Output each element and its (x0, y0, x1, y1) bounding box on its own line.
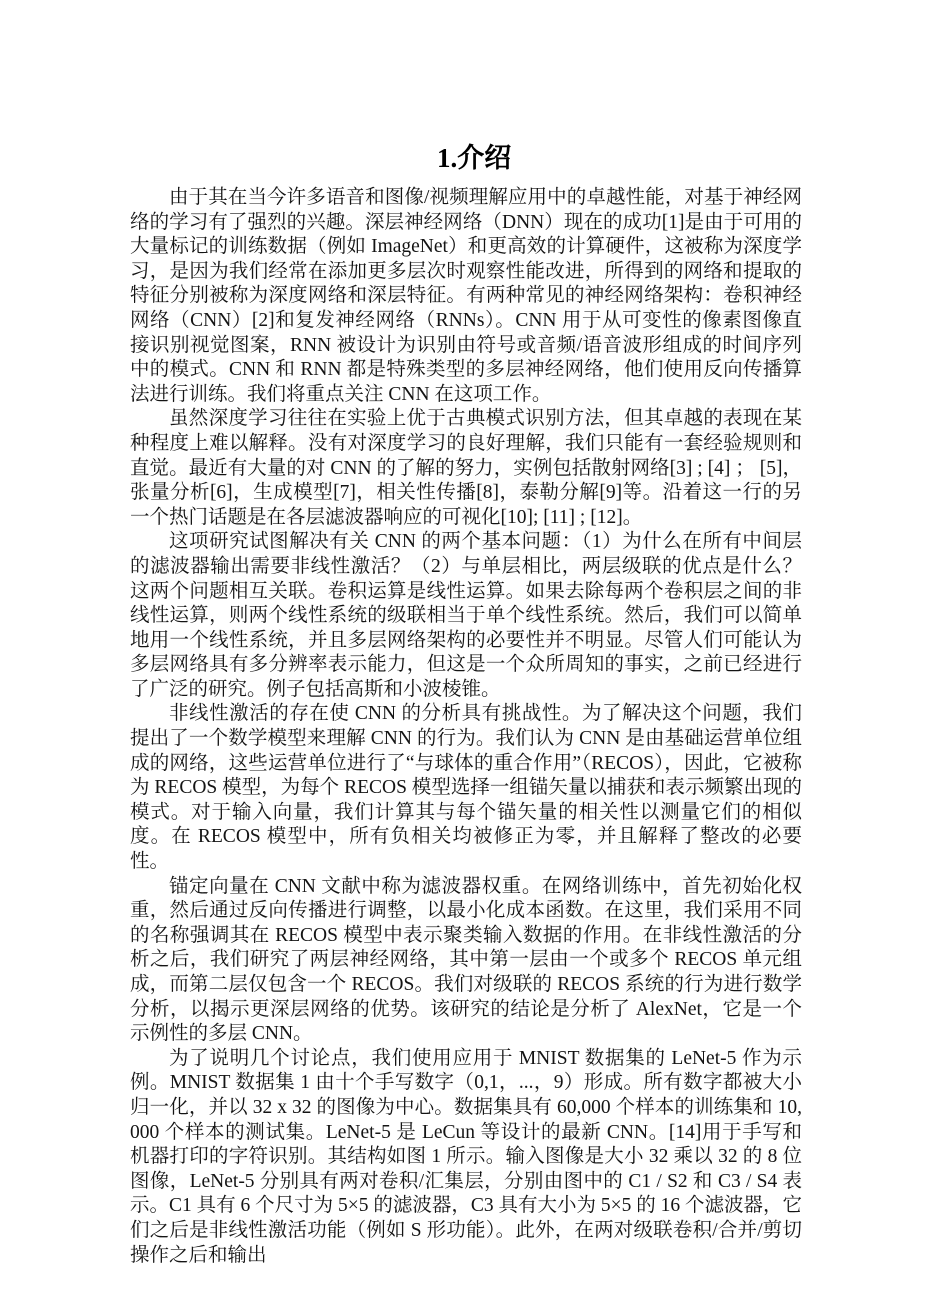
document-content: 1.介绍 由于其在当今许多语音和图像/视频理解应用中的卓越性能，对基于神经网络的… (130, 140, 802, 1268)
paragraph-introduction-3: 这项研究试图解决有关 CNN 的两个基本问题：（1）为什么在所有中间层的滤波器输… (130, 530, 802, 702)
paragraph-introduction-1: 由于其在当今许多语音和图像/视频理解应用中的卓越性能，对基于神经网络的学习有了强… (130, 186, 802, 407)
section-title: 1.介绍 (130, 140, 802, 176)
paragraph-introduction-2: 虽然深度学习往往在实验上优于古典模式识别方法，但其卓越的表现在某种程度上难以解释… (130, 407, 802, 530)
paragraph-introduction-6: 为了说明几个讨论点，我们使用应用于 MNIST 数据集的 LeNet-5 作为示… (130, 1047, 802, 1268)
paragraph-introduction-4: 非线性激活的存在使 CNN 的分析具有挑战性。为了解决这个问题，我们提出了一个数… (130, 702, 802, 874)
paragraph-introduction-5: 锚定向量在 CNN 文献中称为滤波器权重。在网络训练中，首先初始化权重，然后通过… (130, 875, 802, 1047)
document-page: 1.介绍 由于其在当今许多语音和图像/视频理解应用中的卓越性能，对基于神经网络的… (0, 0, 926, 1309)
